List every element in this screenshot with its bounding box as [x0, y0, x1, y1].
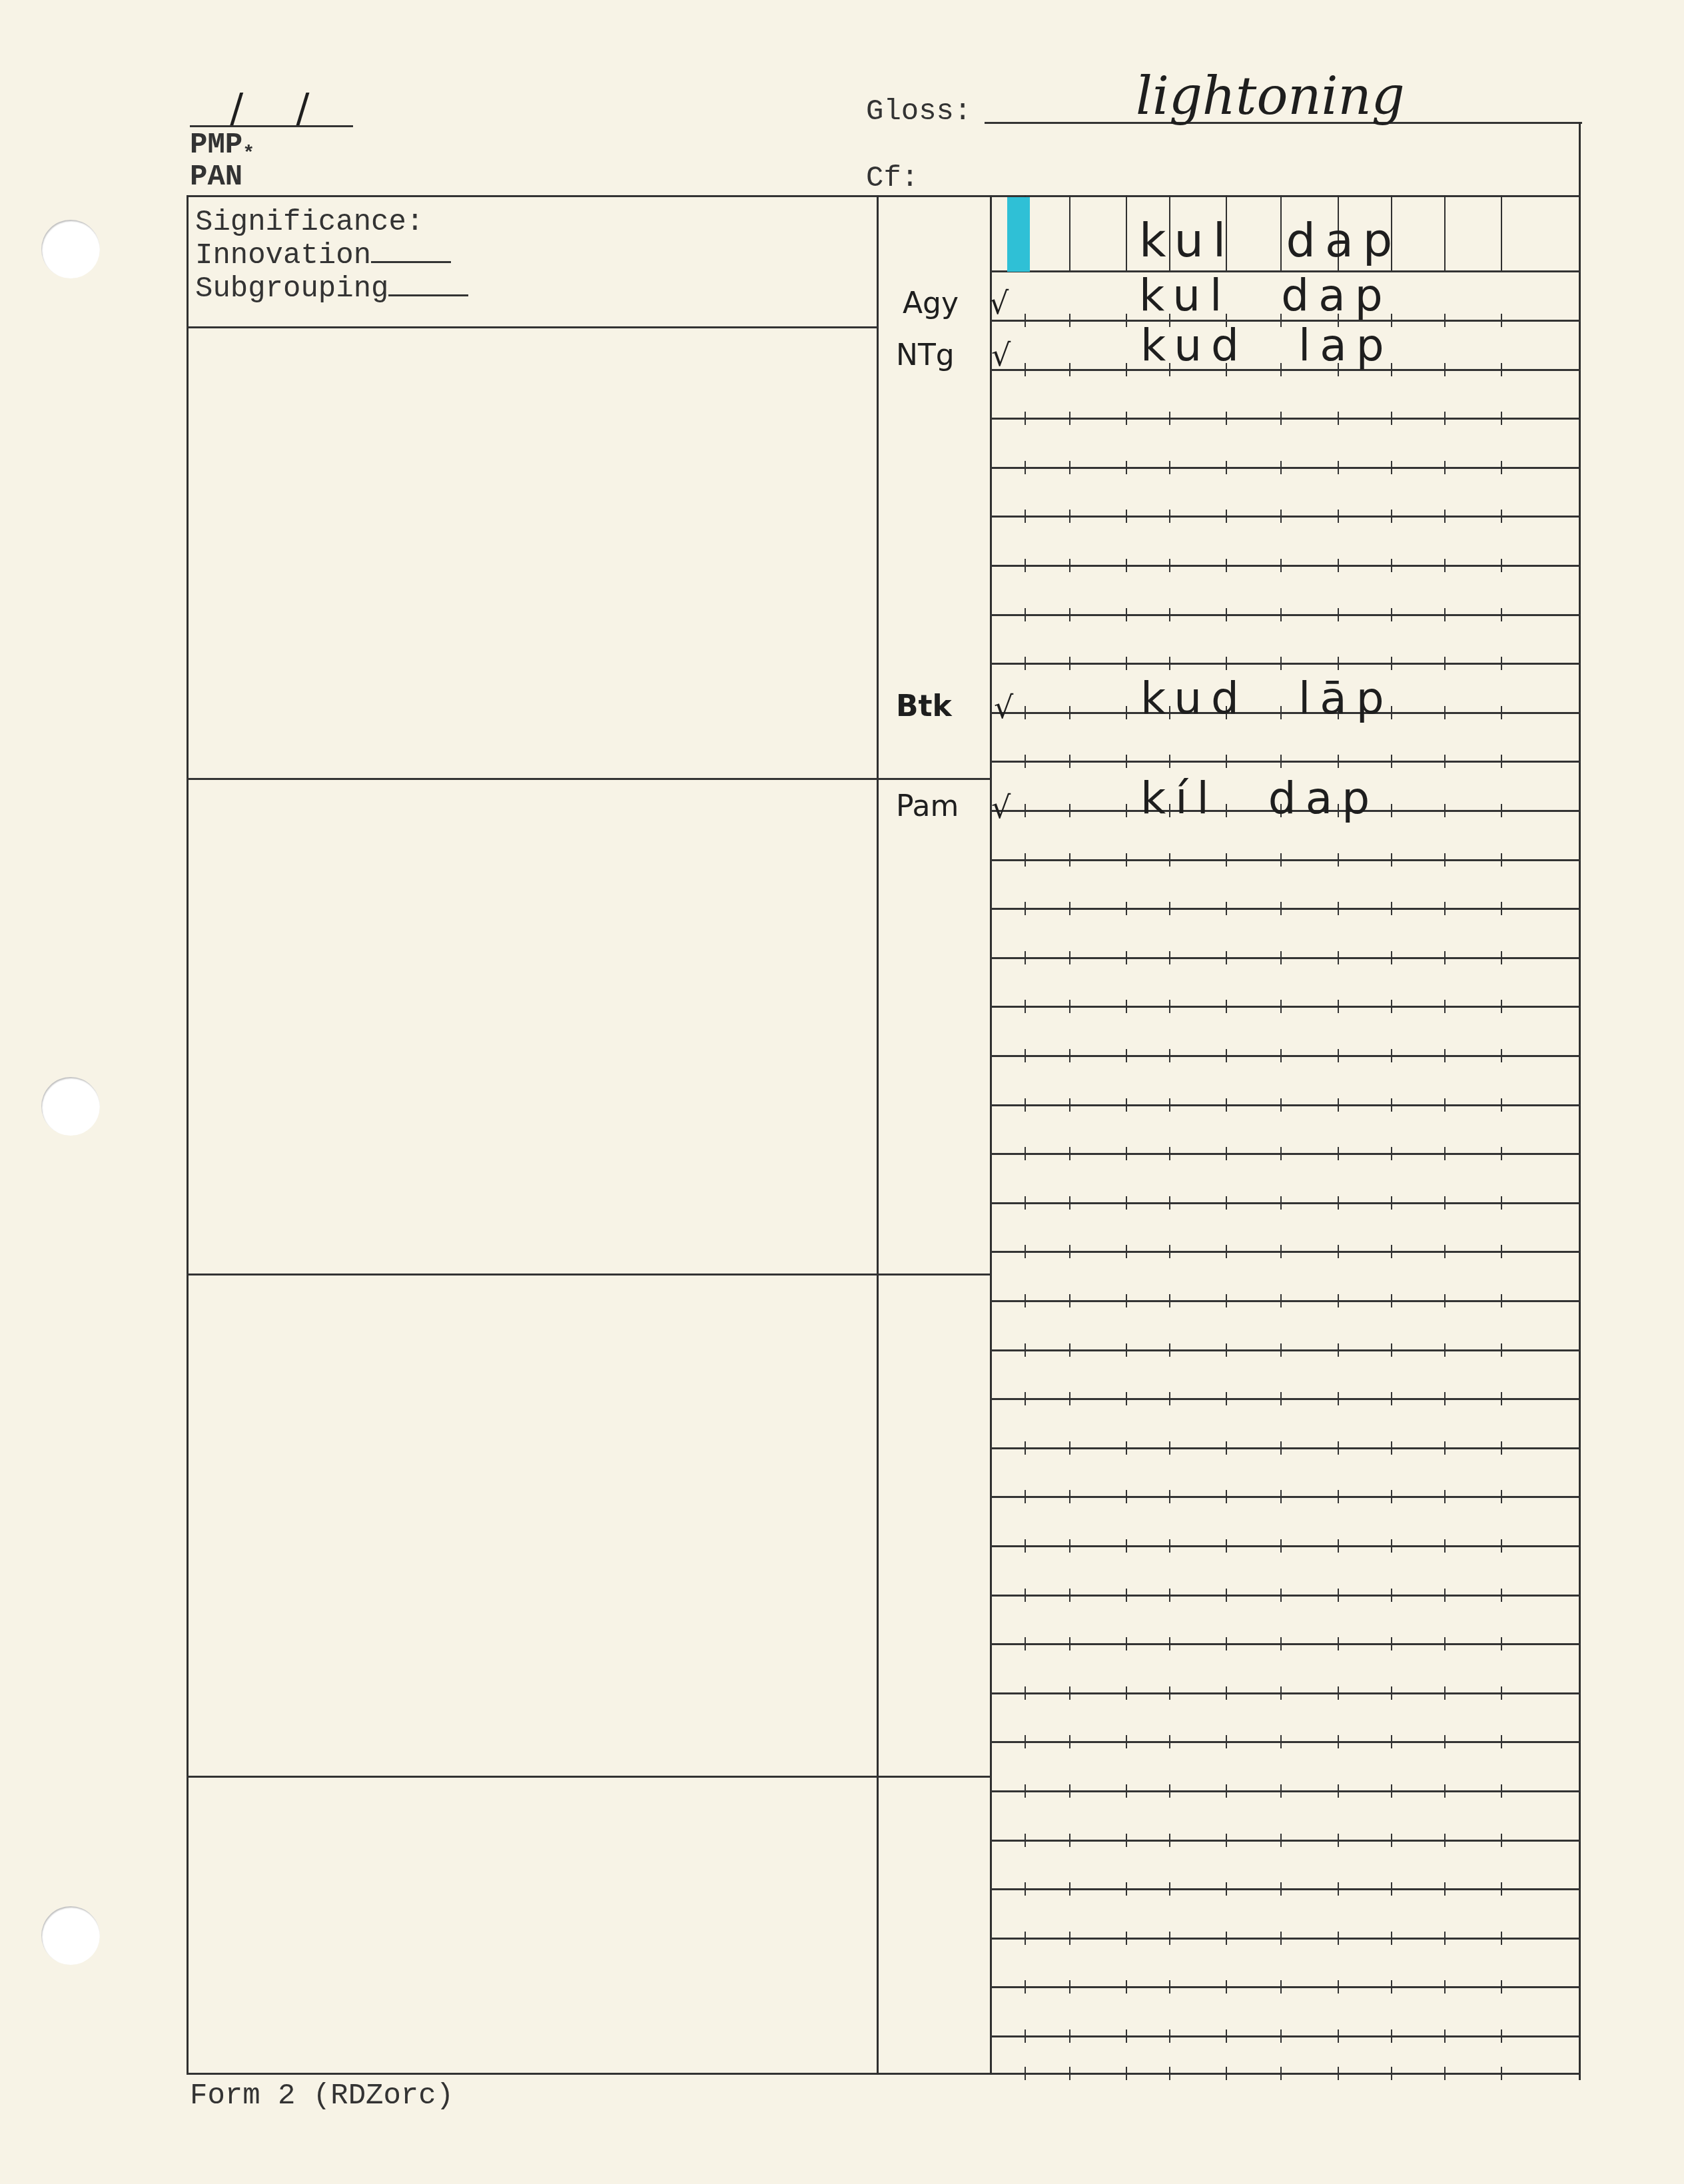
tick-mark	[1226, 951, 1227, 964]
tick-mark	[1126, 1980, 1127, 1994]
check-icon: √	[989, 285, 1009, 321]
tick-mark	[1280, 1000, 1282, 1013]
tick-mark	[1391, 1098, 1392, 1112]
tick-mark	[1025, 1784, 1026, 1798]
tick-mark	[1226, 1294, 1227, 1307]
tick-mark	[1338, 1686, 1339, 1700]
tick-mark	[1280, 1392, 1282, 1405]
column-line	[1444, 195, 1446, 272]
tick-mark	[1338, 2067, 1339, 2080]
tick-mark	[1226, 1980, 1227, 1994]
tick-mark	[1226, 510, 1227, 523]
date-underline	[190, 125, 353, 127]
tick-mark	[1025, 1147, 1026, 1160]
check-icon: √	[991, 789, 1011, 825]
tick-mark	[1391, 559, 1392, 572]
tick-mark	[1338, 1539, 1339, 1553]
tick-mark	[1126, 1000, 1127, 1013]
tick-mark	[1501, 1196, 1502, 1210]
tick-mark	[1391, 1294, 1392, 1307]
ruled-line	[990, 1790, 1581, 1792]
tick-mark	[1126, 1637, 1127, 1650]
ruled-line	[990, 957, 1581, 959]
tick-mark	[1126, 706, 1127, 719]
tick-mark	[1126, 1932, 1127, 1945]
tick-mark	[1226, 2067, 1227, 2080]
tick-mark	[1501, 412, 1502, 425]
tick-mark	[1069, 1784, 1070, 1798]
highlight-mark	[1007, 197, 1030, 272]
tick-mark	[1391, 1049, 1392, 1062]
form-left-border	[187, 195, 189, 2075]
cf-label: Cf:	[866, 164, 919, 193]
ruled-line	[990, 467, 1581, 469]
notes-area-2[interactable]	[189, 781, 875, 1272]
tick-mark	[1025, 1637, 1026, 1650]
tick-mark	[1126, 314, 1127, 327]
tick-mark	[1391, 1000, 1392, 1013]
tick-mark	[1126, 1294, 1127, 1307]
tick-mark	[1280, 657, 1282, 670]
tick-mark	[1126, 412, 1127, 425]
tick-mark	[1444, 461, 1446, 474]
tick-mark	[1444, 1294, 1446, 1307]
tick-mark	[1280, 1490, 1282, 1503]
ruled-line	[990, 1938, 1581, 1940]
tick-mark	[1338, 951, 1339, 964]
subgrouping-label: Subgrouping	[195, 272, 388, 306]
tick-mark	[1226, 853, 1227, 867]
tick-mark	[1391, 1932, 1392, 1945]
gloss-value[interactable]: lightoning	[1136, 67, 1405, 127]
tick-mark	[1391, 951, 1392, 964]
tick-mark	[1169, 755, 1170, 768]
tick-mark	[1391, 1834, 1392, 1847]
tick-mark	[1226, 1735, 1227, 1748]
notes-area-4[interactable]	[189, 1778, 875, 2071]
tick-mark	[1226, 608, 1227, 621]
tick-mark	[1338, 902, 1339, 915]
tick-mark	[1280, 461, 1282, 474]
tick-mark	[1169, 510, 1170, 523]
tick-mark	[1169, 1932, 1170, 1945]
tick-mark	[1069, 706, 1070, 719]
tick-mark	[1169, 657, 1170, 670]
tick-mark	[1444, 1784, 1446, 1798]
tick-mark	[1501, 1735, 1502, 1748]
tick-mark	[1444, 1392, 1446, 1405]
tick-mark	[1501, 1245, 1502, 1258]
tick-mark	[1338, 1392, 1339, 1405]
tick-mark	[1069, 1343, 1070, 1357]
tick-mark	[1280, 2067, 1282, 2080]
tick-mark	[1391, 461, 1392, 474]
tick-mark	[1169, 1637, 1170, 1650]
tick-mark	[1391, 1637, 1392, 1650]
tick-mark	[1338, 412, 1339, 425]
tick-mark	[1226, 1539, 1227, 1553]
tick-mark	[1501, 1784, 1502, 1798]
tick-mark	[1169, 2067, 1170, 2080]
tick-mark	[1169, 1392, 1170, 1405]
tick-mark	[1501, 755, 1502, 768]
tick-mark	[1444, 1882, 1446, 1896]
tick-mark	[1338, 1882, 1339, 1896]
ruled-line	[990, 1300, 1581, 1302]
tick-mark	[1126, 559, 1127, 572]
tick-mark	[1444, 1932, 1446, 1945]
tick-mark	[1169, 853, 1170, 867]
gloss-label: Gloss:	[866, 97, 971, 127]
tick-mark	[1338, 1637, 1339, 1650]
tick-mark	[1444, 1589, 1446, 1602]
tick-mark	[1169, 1589, 1170, 1602]
tick-mark	[1169, 1539, 1170, 1553]
tick-mark	[1025, 314, 1026, 327]
tick-mark	[1501, 461, 1502, 474]
tick-mark	[1126, 1834, 1127, 1847]
tick-mark	[1126, 510, 1127, 523]
column-line	[1126, 195, 1127, 272]
tick-mark	[1069, 608, 1070, 621]
tick-mark	[1226, 559, 1227, 572]
tick-mark	[1280, 1539, 1282, 1553]
tick-mark	[1444, 951, 1446, 964]
tick-mark	[1280, 1441, 1282, 1455]
tick-mark	[1126, 1147, 1127, 1160]
tick-mark	[1444, 1245, 1446, 1258]
tick-mark	[1169, 461, 1170, 474]
tick-mark	[1391, 1147, 1392, 1160]
tick-mark	[1338, 1049, 1339, 1062]
tick-mark	[1069, 1539, 1070, 1553]
tick-mark	[1391, 902, 1392, 915]
significance-divider	[187, 326, 878, 328]
tick-mark	[1501, 1637, 1502, 1650]
tick-mark	[1226, 902, 1227, 915]
cf-value[interactable]	[933, 164, 1532, 193]
tick-mark	[1069, 314, 1070, 327]
tick-mark	[1069, 1932, 1070, 1945]
tick-mark	[1444, 1686, 1446, 1700]
tick-mark	[1280, 1147, 1282, 1160]
tick-mark	[1069, 1490, 1070, 1503]
ruled-line	[990, 1104, 1581, 1106]
proto-label-pmp: PMP*	[190, 131, 254, 165]
tick-mark	[1280, 412, 1282, 425]
tick-mark	[1069, 1834, 1070, 1847]
tick-mark	[1169, 1784, 1170, 1798]
tick-mark	[1169, 1490, 1170, 1503]
tick-mark	[1169, 608, 1170, 621]
tick-mark	[1501, 657, 1502, 670]
innovation-field: Innovation	[195, 241, 451, 270]
ruled-line	[990, 1447, 1581, 1449]
tick-mark	[1338, 1441, 1339, 1455]
tick-mark	[1025, 1000, 1026, 1013]
tick-mark	[1226, 1589, 1227, 1602]
innovation-input[interactable]	[371, 241, 451, 263]
tick-mark	[1069, 510, 1070, 523]
ruled-line	[990, 663, 1581, 665]
ruled-line	[990, 1006, 1581, 1008]
form-right-border	[1579, 122, 1581, 2080]
tick-mark	[1501, 706, 1502, 719]
ruled-line	[990, 418, 1581, 420]
tick-mark	[1069, 2067, 1070, 2080]
tick-mark	[1280, 951, 1282, 964]
tick-mark	[1444, 1098, 1446, 1112]
tick-mark	[1126, 1049, 1127, 1062]
tick-mark	[1280, 1196, 1282, 1210]
tick-mark	[1280, 1834, 1282, 1847]
subgrouping-field: Subgrouping	[195, 274, 468, 304]
tick-mark	[1338, 1932, 1339, 1945]
tick-mark	[1025, 1932, 1026, 1945]
tick-mark	[1391, 1196, 1392, 1210]
binder-hole	[41, 220, 100, 278]
ruled-line	[990, 1692, 1581, 1694]
tick-mark	[1025, 1392, 1026, 1405]
cognate-form[interactable]: kud lap	[1140, 320, 1394, 371]
section-divider	[187, 1274, 991, 1275]
tick-mark	[1280, 2029, 1282, 2043]
form-top-border	[187, 195, 1581, 197]
ruled-line	[990, 859, 1581, 861]
tick-mark	[1391, 1686, 1392, 1700]
tick-mark	[1226, 1882, 1227, 1896]
tick-mark	[1444, 706, 1446, 719]
tick-mark	[1169, 1147, 1170, 1160]
tick-mark	[1391, 1589, 1392, 1602]
tick-mark	[1169, 1686, 1170, 1700]
tick-mark	[1025, 412, 1026, 425]
tick-mark	[1391, 1245, 1392, 1258]
tick-mark	[1444, 2067, 1446, 2080]
ruled-line	[990, 1055, 1581, 1057]
tick-mark	[1226, 1245, 1227, 1258]
tick-mark	[1501, 1147, 1502, 1160]
tick-mark	[1338, 461, 1339, 474]
tick-mark	[1025, 1882, 1026, 1896]
ruled-line	[990, 1741, 1581, 1743]
tick-mark	[1501, 1980, 1502, 1994]
tick-mark	[1025, 951, 1026, 964]
tick-mark	[1501, 1589, 1502, 1602]
tick-mark	[1444, 1834, 1446, 1847]
tick-mark	[1280, 1932, 1282, 1945]
tick-mark	[1069, 1294, 1070, 1307]
tick-mark	[1338, 1834, 1339, 1847]
tick-mark	[1169, 2029, 1170, 2043]
tick-mark	[1338, 1343, 1339, 1357]
tick-mark	[1025, 657, 1026, 670]
ruled-line	[990, 1202, 1581, 1204]
tick-mark	[1025, 1490, 1026, 1503]
tick-mark	[1391, 608, 1392, 621]
tick-mark	[1391, 1441, 1392, 1455]
tick-mark	[1501, 1834, 1502, 1847]
cognate-form[interactable]: kud lāp	[1140, 673, 1394, 724]
tick-mark	[1126, 804, 1127, 817]
tick-mark	[1069, 1441, 1070, 1455]
tick-mark	[1126, 755, 1127, 768]
tick-mark	[1226, 1000, 1227, 1013]
tick-mark	[1069, 1980, 1070, 1994]
tick-mark	[1226, 2029, 1227, 2043]
tick-mark	[1126, 2029, 1127, 2043]
tick-mark	[1025, 363, 1026, 376]
tick-mark	[1169, 1882, 1170, 1896]
ruled-line	[990, 1595, 1581, 1597]
tick-mark	[1226, 1147, 1227, 1160]
check-icon: √	[991, 337, 1011, 373]
tick-mark	[1069, 363, 1070, 376]
tick-mark	[1126, 608, 1127, 621]
ruled-line	[990, 2035, 1581, 2037]
tick-mark	[1226, 1196, 1227, 1210]
tick-mark	[1280, 1343, 1282, 1357]
tick-mark	[1338, 1294, 1339, 1307]
tick-mark	[1444, 657, 1446, 670]
tick-mark	[1025, 1686, 1026, 1700]
tick-mark	[1025, 559, 1026, 572]
tick-mark	[1126, 1882, 1127, 1896]
tick-mark	[1501, 510, 1502, 523]
tick-mark	[1169, 412, 1170, 425]
tick-mark	[1025, 2067, 1026, 2080]
tick-mark	[1501, 2029, 1502, 2043]
tick-mark	[1025, 804, 1026, 817]
tick-mark	[1280, 1735, 1282, 1748]
tick-mark	[1126, 1490, 1127, 1503]
subgrouping-input[interactable]	[388, 274, 468, 296]
ruled-line	[990, 1986, 1581, 1988]
ruled-line	[990, 1349, 1581, 1351]
tick-mark	[1169, 902, 1170, 915]
tick-mark	[1444, 608, 1446, 621]
tick-mark	[1169, 1735, 1170, 1748]
tick-mark	[1338, 1196, 1339, 1210]
ruled-line	[990, 1888, 1581, 1890]
tick-mark	[1501, 1686, 1502, 1700]
tick-mark	[1338, 1098, 1339, 1112]
notes-area-1[interactable]	[189, 329, 875, 777]
tick-mark	[1444, 1196, 1446, 1210]
tick-mark	[1444, 363, 1446, 376]
tick-mark	[1501, 853, 1502, 867]
tick-mark	[1391, 1343, 1392, 1357]
tick-mark	[1391, 1980, 1392, 1994]
tick-mark	[1338, 755, 1339, 768]
tick-mark	[1444, 510, 1446, 523]
tick-mark	[1226, 1637, 1227, 1650]
tick-mark	[1226, 1932, 1227, 1945]
tick-mark	[1280, 902, 1282, 915]
tick-mark	[1338, 657, 1339, 670]
tick-mark	[1280, 1980, 1282, 1994]
tick-mark	[1069, 657, 1070, 670]
binder-hole	[41, 1906, 100, 1965]
tick-mark	[1069, 1882, 1070, 1896]
tick-mark	[1169, 1245, 1170, 1258]
tick-mark	[1025, 1294, 1026, 1307]
tick-mark	[1280, 608, 1282, 621]
tick-mark	[1391, 1882, 1392, 1896]
ruled-line	[990, 1545, 1581, 1547]
tick-mark	[1280, 510, 1282, 523]
notes-area-3[interactable]	[189, 1276, 875, 1774]
tick-mark	[1069, 1735, 1070, 1748]
tick-mark	[1126, 1245, 1127, 1258]
tick-mark	[1501, 1490, 1502, 1503]
tick-mark	[1069, 461, 1070, 474]
tick-mark	[1025, 1049, 1026, 1062]
tick-mark	[1501, 1882, 1502, 1896]
tick-mark	[1226, 1686, 1227, 1700]
tick-mark	[1338, 1784, 1339, 1798]
language-label: Pam	[896, 789, 959, 823]
tick-mark	[1025, 510, 1026, 523]
tick-mark	[1280, 853, 1282, 867]
tick-mark	[1069, 902, 1070, 915]
tick-mark	[1444, 1539, 1446, 1553]
cognate-form[interactable]: kul dap	[1139, 270, 1392, 321]
innovation-label: Innovation	[195, 239, 371, 272]
tick-mark	[1391, 412, 1392, 425]
tick-mark	[1126, 1589, 1127, 1602]
tick-mark	[1069, 1000, 1070, 1013]
tick-mark	[1338, 1245, 1339, 1258]
tick-mark	[1169, 1000, 1170, 1013]
tick-mark	[1226, 1441, 1227, 1455]
tick-mark	[1501, 902, 1502, 915]
tick-mark	[1126, 657, 1127, 670]
tick-mark	[1069, 755, 1070, 768]
tick-mark	[1226, 657, 1227, 670]
tick-mark	[1169, 1196, 1170, 1210]
tick-mark	[1338, 510, 1339, 523]
pmp-label: PMP	[190, 129, 242, 162]
tick-mark	[1226, 1049, 1227, 1062]
tick-mark	[1126, 1392, 1127, 1405]
tick-mark	[1126, 1441, 1127, 1455]
tick-mark	[1169, 1049, 1170, 1062]
tick-mark	[1391, 853, 1392, 867]
cognate-form[interactable]: kíl dap	[1140, 773, 1379, 824]
tick-mark	[1391, 510, 1392, 523]
tick-mark	[1169, 1834, 1170, 1847]
tick-mark	[1501, 2067, 1502, 2080]
tick-mark	[1501, 1392, 1502, 1405]
section-divider	[187, 778, 991, 780]
tick-mark	[1169, 559, 1170, 572]
tick-mark	[1501, 804, 1502, 817]
tick-mark	[1280, 1294, 1282, 1307]
tick-mark	[1226, 1098, 1227, 1112]
check-icon: √	[994, 689, 1013, 725]
tick-mark	[1025, 853, 1026, 867]
tick-mark	[1226, 1834, 1227, 1847]
tick-mark	[1280, 1882, 1282, 1896]
tick-mark	[1025, 1735, 1026, 1748]
tick-mark	[1126, 1196, 1127, 1210]
binder-hole	[41, 1077, 100, 1136]
tick-mark	[1391, 755, 1392, 768]
tick-mark	[1444, 1490, 1446, 1503]
language-label: NTg	[896, 338, 955, 372]
tick-mark	[1280, 1098, 1282, 1112]
